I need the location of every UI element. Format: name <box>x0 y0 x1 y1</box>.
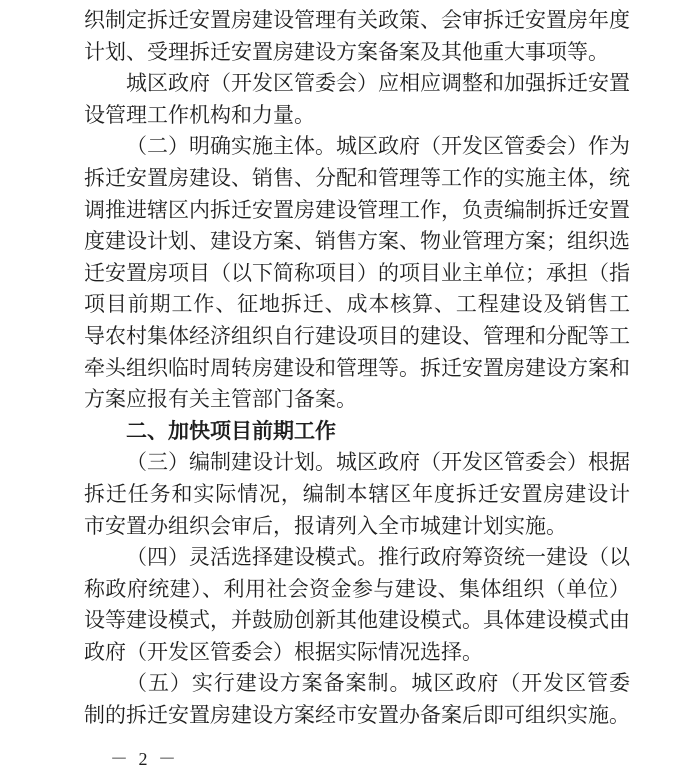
text-line: 方案应报有关主管部门备案。 <box>84 384 630 416</box>
section-heading: 二、加快项目前期工作 <box>84 416 630 448</box>
document-page: 织制定拆迁安置房建设管理有关政策、会审拆迁安置房年度建设计划、受理拆迁安置房建设… <box>0 0 676 769</box>
text-line: 迁安置房项目（以下简称项目）的项目业主单位；承担（指导） <box>84 258 630 290</box>
text-line: 拆迁安置房建设、销售、分配和管理等工作的实施主体，统筹协 <box>84 163 630 195</box>
page-number: － 2 － <box>110 745 179 769</box>
text-line: 设管理工作机构和力量。 <box>84 100 630 132</box>
text-line: 制的拆迁安置房建设方案经市安置办备案后即可组织实施。安置 <box>84 700 630 732</box>
text-line: 导农村集体经济组织自行建设项目的建设、管理和分配等工作； <box>84 321 630 353</box>
text-line: 牵头组织临时周转房建设和管理等。拆迁安置房建设方案和销售 <box>84 353 630 385</box>
text-line: 城区政府（开发区管委会）应相应调整和加强拆迁安置房建 <box>84 68 630 100</box>
text-line: （五）实行建设方案备案制。城区政府（开发区管委会）编 <box>84 668 630 700</box>
text-line: （二）明确实施主体。城区政府（开发区管委会）作为我市 <box>84 131 630 163</box>
text-line: 度建设计划、建设方案、销售方案、物业管理方案；组织选定拆 <box>84 226 630 258</box>
text-line: 调推进辖区内拆迁安置房建设管理工作，负责编制拆迁安置房年 <box>84 195 630 227</box>
text-line: 称政府统建）、利用社会资金参与建设、集体组织（单位）自行建 <box>84 574 630 606</box>
text-line: 织制定拆迁安置房建设管理有关政策、会审拆迁安置房年度建设 <box>84 5 630 37</box>
text-line: （四）灵活选择建设模式。推行政府筹资统一建设（以下简 <box>84 542 630 574</box>
text-line: 政府（开发区管委会）根据实际情况选择。 <box>84 637 630 669</box>
text-line: 设等建设模式，并鼓励创新其他建设模式。具体建设模式由城区 <box>84 605 630 637</box>
text-line: （三）编制建设计划。城区政府（开发区管委会）根据征地 <box>84 447 630 479</box>
text-line: 拆迁任务和实际情况，编制本辖区年度拆迁安置房建设计划，报 <box>84 479 630 511</box>
text-line: 市安置办组织会审后，报请列入全市城建计划实施。 <box>84 511 630 543</box>
document-body: 织制定拆迁安置房建设管理有关政策、会审拆迁安置房年度建设计划、受理拆迁安置房建设… <box>84 5 630 732</box>
text-line: 计划、受理拆迁安置房建设方案备案及其他重大事项等。 <box>84 37 630 69</box>
text-line: 项目前期工作、征地拆迁、成本核算、工程建设及销售工作；指 <box>84 289 630 321</box>
